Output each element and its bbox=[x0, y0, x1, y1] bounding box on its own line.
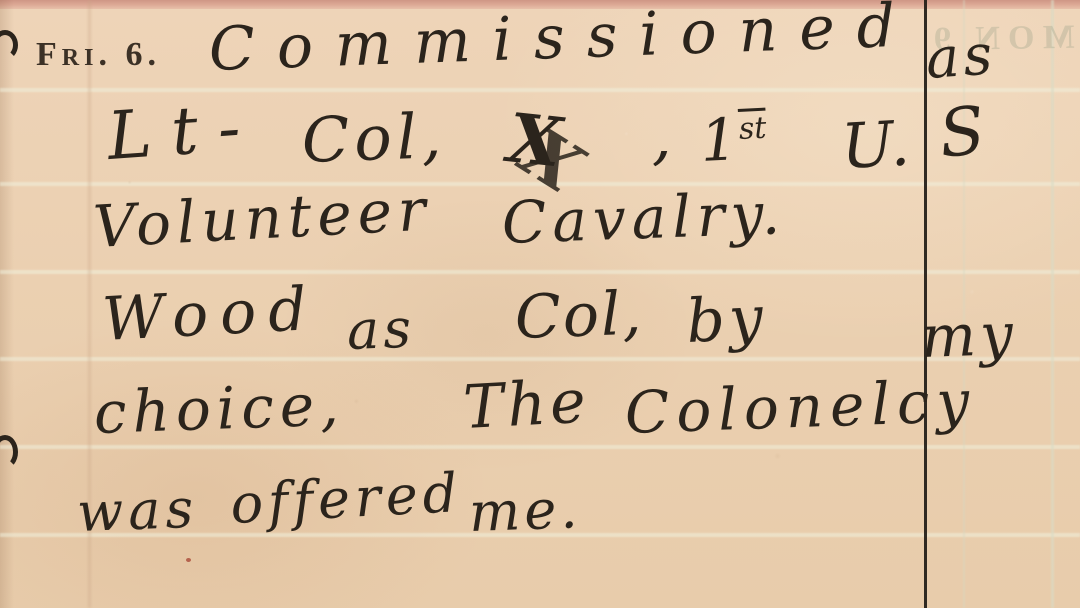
handwritten-word: S bbox=[936, 98, 988, 168]
handwritten-word: U. bbox=[840, 112, 913, 178]
handwritten-word: Wood bbox=[101, 279, 320, 350]
handwritten-word: Lt- bbox=[105, 94, 262, 170]
superscript-suffix: st bbox=[738, 110, 767, 146]
handwritten-word: Col, bbox=[514, 284, 644, 348]
handwritten-word: Col, bbox=[301, 105, 447, 172]
handwritten-word: Volunteer bbox=[92, 180, 433, 256]
handwritten-word: 1st bbox=[699, 109, 768, 170]
faint-right-rule-2 bbox=[1051, 0, 1054, 608]
handwritten-word: Commissioned bbox=[208, 0, 918, 80]
handwritten-word: Cavalry. bbox=[501, 184, 787, 252]
handwritten-word: as bbox=[346, 302, 416, 358]
rule-line bbox=[0, 88, 1080, 92]
handwritten-word: was bbox=[76, 482, 199, 540]
rule-line bbox=[0, 270, 1080, 274]
diary-page-scan: MON 9 Fri. 6. CommissionedasLt-Col,XX,1s… bbox=[0, 0, 1080, 608]
handwritten-word: me. bbox=[468, 482, 582, 540]
rule-line bbox=[0, 445, 1080, 449]
handwritten-word: , bbox=[652, 106, 672, 168]
rule-line bbox=[0, 357, 1080, 361]
handwritten-word: by bbox=[685, 288, 768, 352]
handwritten-word: my bbox=[920, 305, 1018, 366]
handwritten-word: Colonelcy bbox=[624, 372, 977, 442]
handwritten-word: offered bbox=[229, 466, 463, 532]
handwritten-word: choice, bbox=[93, 375, 345, 442]
handwritten-word: The bbox=[462, 371, 591, 438]
handwritten-word: as bbox=[924, 27, 998, 88]
ink-speck bbox=[186, 558, 191, 562]
printed-date-label: Fri. 6. bbox=[36, 36, 161, 74]
